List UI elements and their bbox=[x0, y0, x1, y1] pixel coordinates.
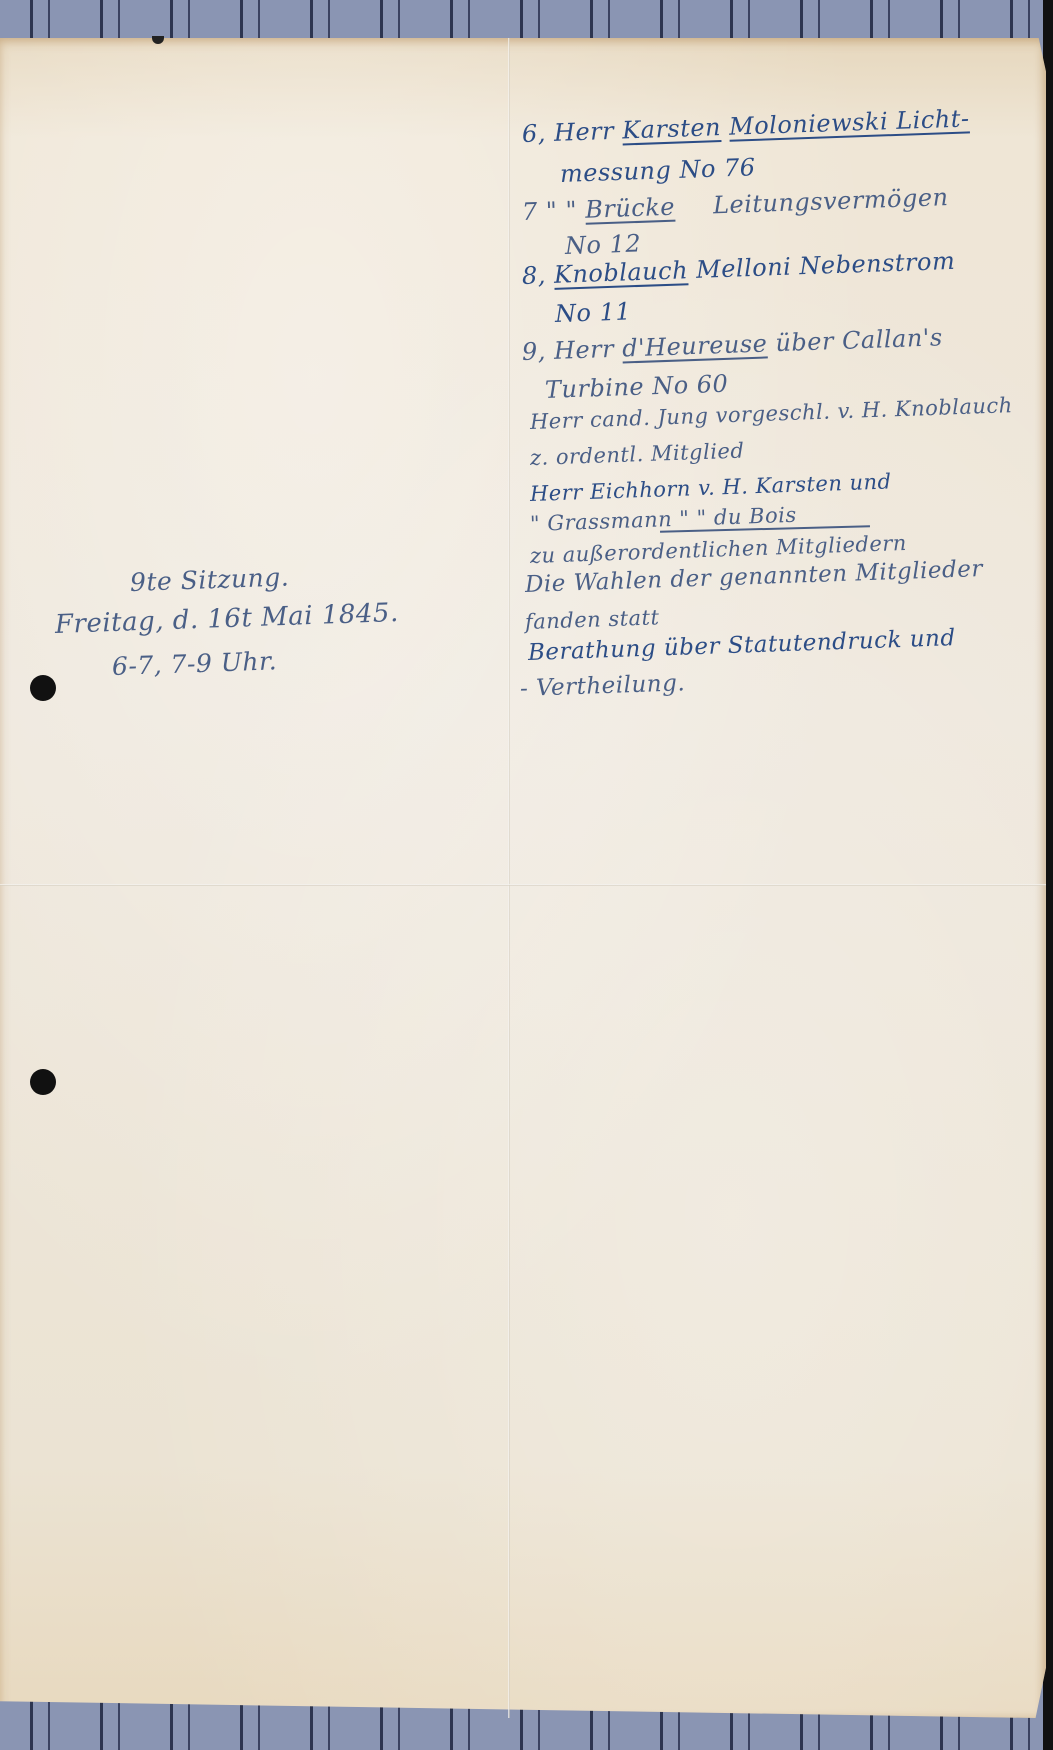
session-time: 6-7, 7-9 Uhr. bbox=[111, 646, 277, 681]
item-number: 8, bbox=[522, 261, 547, 290]
vertical-fold bbox=[508, 38, 510, 1718]
paper-sheet bbox=[0, 38, 1046, 1718]
item-topic: über Callan's bbox=[775, 323, 943, 357]
punch-hole-bottom bbox=[30, 1069, 56, 1095]
horizontal-fold bbox=[0, 884, 1046, 886]
item-speaker: " " bbox=[545, 196, 577, 225]
session-heading: 9te Sitzung. bbox=[129, 562, 289, 597]
item-name: Karsten bbox=[622, 113, 722, 144]
item-number: 7 bbox=[522, 197, 539, 226]
item-name: Brücke bbox=[585, 193, 676, 224]
election-line-2: fanden statt bbox=[525, 605, 660, 634]
item-name: Knoblauch bbox=[554, 256, 689, 289]
punch-hole-top bbox=[30, 675, 56, 701]
item-speaker: Herr bbox=[554, 117, 615, 147]
item-8-line-2: No 11 bbox=[555, 297, 632, 328]
item-number: 9, bbox=[522, 337, 547, 366]
item-speaker: Herr bbox=[554, 335, 615, 365]
item-number: 6, bbox=[522, 119, 547, 148]
item-name: d'Heureuse bbox=[622, 329, 768, 362]
item-7-line-2: No 12 bbox=[565, 229, 642, 260]
